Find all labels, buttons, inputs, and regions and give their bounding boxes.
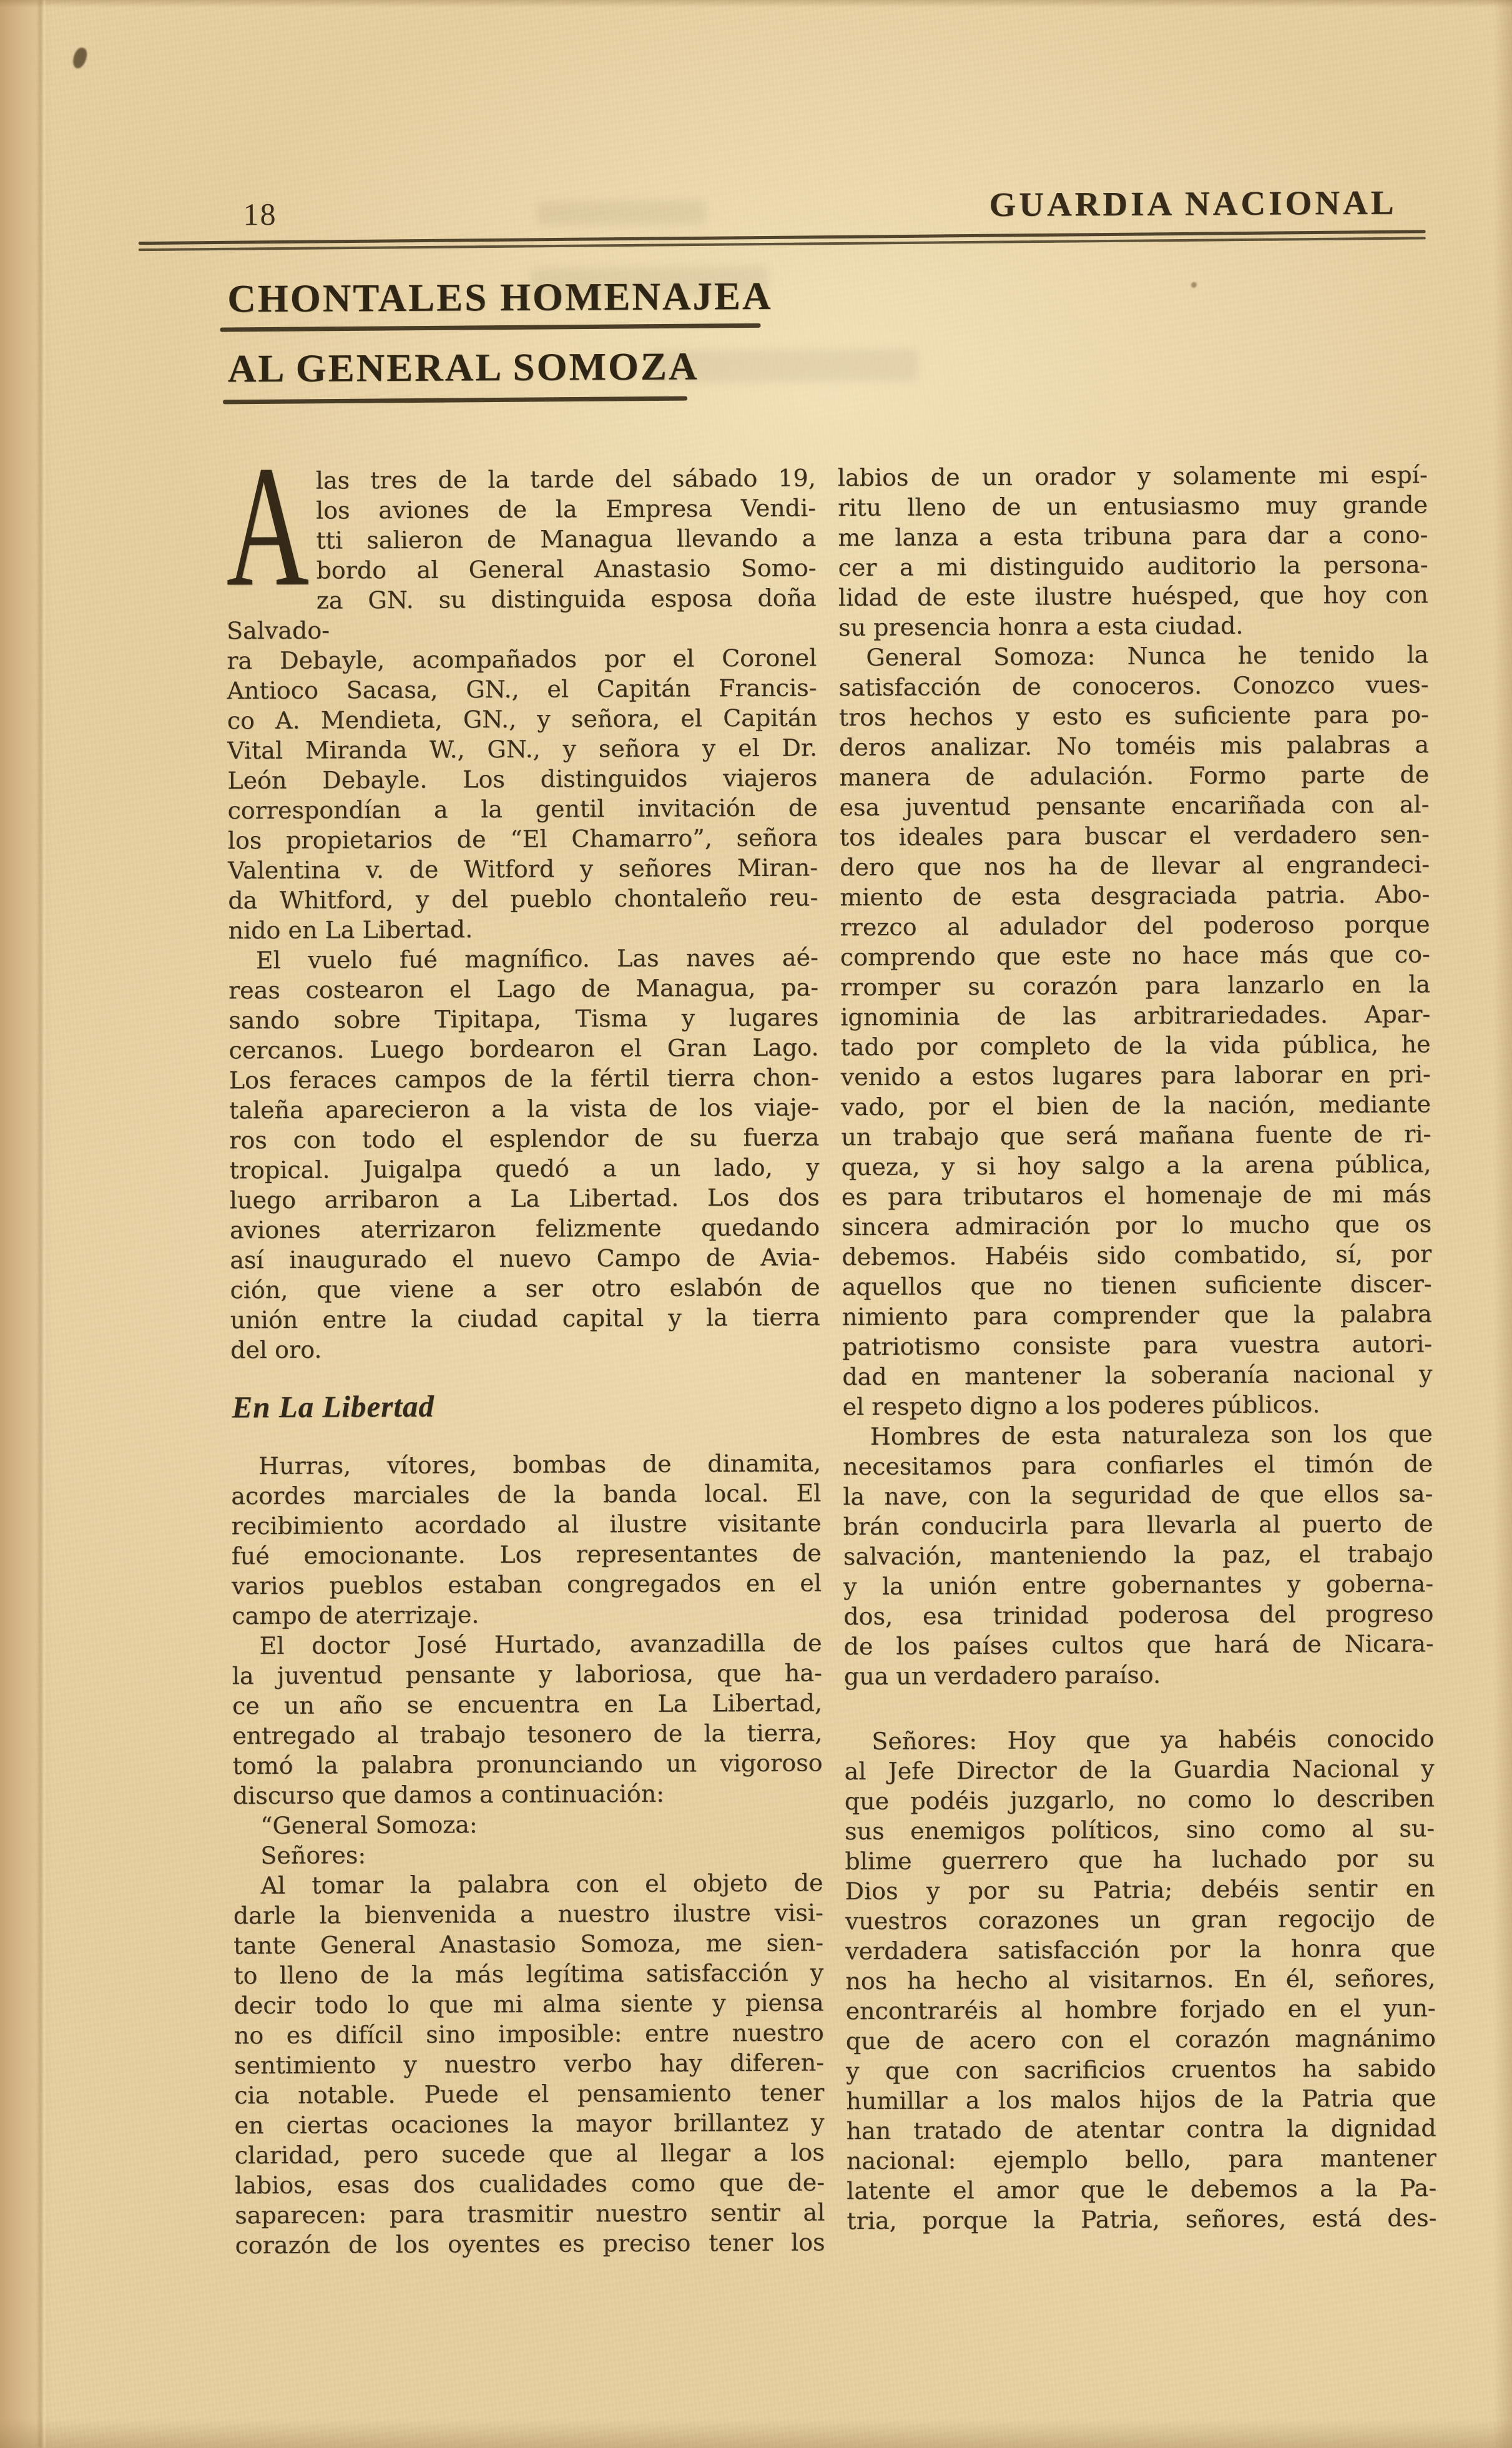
text-line: to lleno de la más legítima satisfacción… — [233, 1957, 823, 1990]
text-line: y que con sacrificios cruentos ha sabido — [846, 2053, 1436, 2086]
text-line: decir todo lo que mi alma siente y piens… — [233, 1987, 823, 2020]
text-line: nido en La Libertad. — [228, 912, 818, 945]
text-line: venido a estos lugares para laborar en p… — [841, 1059, 1431, 1092]
text-line: ce un año se encuentra en La Libertad, — [232, 1688, 822, 1721]
text-line: Dios y por su Patria; debéis sentir en — [845, 1873, 1435, 1906]
text-line: vado, por el bien de la nación, mediante — [841, 1089, 1431, 1122]
paragraph: Alas tres de la tarde del sábado 19,los … — [226, 463, 818, 945]
text-line: Hurras, vítores, bombas de dinamita, — [231, 1448, 821, 1481]
text-line: en ciertas ocaciones la mayor brillantez… — [234, 2107, 824, 2140]
text-line: discurso que damos a continuación: — [233, 1777, 823, 1811]
text-line: del oro. — [230, 1332, 820, 1365]
text-line: tros hechos y esto es suficiente para po… — [839, 699, 1429, 732]
text-line: deros analizar. No toméis mis palabras a — [839, 729, 1429, 762]
header-rule — [139, 230, 1426, 251]
text-line: claridad, pero sucede que al llegar a lo… — [235, 2137, 825, 2170]
text-line: aquellos que no tienen suficiente discer… — [842, 1269, 1431, 1302]
text-line: al Jefe Director de la Guardia Nacional … — [844, 1753, 1434, 1786]
header-rule-bottom-line — [139, 237, 1426, 251]
text-line: esa juventud pensante encariñada con al- — [839, 789, 1429, 822]
text-line: ros con todo el esplendor de su fuerza — [229, 1122, 819, 1155]
paragraph: General Somoza: Nunca he tenido lasatisf… — [838, 639, 1433, 1422]
text-line: la juventud pensante y laboriosa, que ha… — [232, 1658, 822, 1691]
paragraph: “General Somoza: — [233, 1807, 823, 1841]
text-line: cer a mi distinguido auditorio la person… — [838, 549, 1428, 583]
text-line: dad en mantener la soberanía nacional y — [842, 1359, 1432, 1392]
text-line: rrezco al adulador del poderoso porque — [840, 909, 1430, 942]
article-title: CHONTALES HOMENAJEA AL GENERAL SOMOZA — [227, 273, 773, 404]
text-line: dos, esa trinidad poderosa del progreso — [843, 1598, 1433, 1631]
paragraph: El doctor José Hurtado, avanzadilla dela… — [232, 1628, 822, 1811]
text-line: debemos. Habéis sido combatido, sí, por — [842, 1239, 1431, 1272]
text-line: fué emocionante. Los representantes de — [232, 1538, 822, 1571]
journal-name: GUARDIA NACIONAL — [989, 183, 1397, 224]
text-line: unión entre la ciudad capital y la tierr… — [230, 1302, 820, 1335]
text-line: un trabajo que será mañana fuente de ri- — [841, 1119, 1431, 1152]
text-line: saparecen: para trasmitir nuestro sentir… — [235, 2197, 825, 2230]
text-line: blime guerrero que ha luchado por su — [845, 1843, 1435, 1876]
text-line: luego arribaron a La Libertad. Los dos — [230, 1182, 820, 1215]
text-line: nimiento para comprender que la palabra — [842, 1299, 1432, 1332]
text-line: los aviones de la Empresa Vendi- — [226, 493, 816, 526]
text-line: Hombres de esta naturaleza son los que — [843, 1418, 1433, 1452]
text-line: Vital Miranda W., GN., y señora y el Dr. — [227, 732, 817, 765]
text-line: comprendo que este no hace más que co- — [840, 939, 1430, 972]
page-number: 18 — [243, 196, 277, 232]
text-line: no es difícil sino imposible: entre nues… — [234, 2017, 824, 2050]
text-line: Los feraces campos de la fértil tierra c… — [229, 1062, 819, 1095]
title-underline-2 — [223, 396, 687, 405]
text-line: tti salieron de Managua llevando a — [226, 523, 816, 556]
text-line: labios, esas dos cualidades como que de- — [235, 2167, 825, 2200]
text-line: miento de esta desgraciada patria. Abo- — [840, 879, 1430, 912]
text-line: encontraréis al hombre forjado en el yun… — [845, 1993, 1435, 2026]
text-line: co A. Mendieta, GN., y señora, el Capitá… — [227, 702, 817, 735]
paragraph: Al tomar la palabra con el objeto dedarl… — [233, 1867, 825, 2260]
text-line: da Whitford, y del pueblo chontaleño reu… — [228, 882, 818, 915]
text-line: za GN. su distinguida esposa doña Salvad… — [227, 583, 817, 646]
paragraph: labios de un orador y solamente mi espí-… — [838, 460, 1428, 642]
text-line: tria, porque la Patria, señores, está de… — [847, 2203, 1436, 2236]
text-column-left: Alas tres de la tarde del sábado 19,los … — [226, 463, 825, 2260]
text-line: entregado al trabajo tesonero de la tier… — [232, 1718, 822, 1751]
text-line: Señores: — [233, 1837, 823, 1870]
text-line: campo de aterrizaje. — [232, 1598, 822, 1631]
text-line: ignominia de las arbitrariedades. Apar- — [840, 999, 1430, 1032]
text-line: de los países cultos que hará de Nicara- — [843, 1628, 1433, 1661]
text-line: rromper su corazón para lanzarlo en la — [840, 969, 1430, 1002]
text-line: humillar a los malos hijos de la Patria … — [846, 2083, 1436, 2116]
text-line: vuestros corazones un gran regocijo de — [845, 1903, 1435, 1936]
text-line: necesitamos para confiarles el timón de — [843, 1448, 1433, 1482]
text-line: Al tomar la palabra con el objeto de — [233, 1867, 823, 1900]
text-line: aviones aterrizaron felizmente quedando — [230, 1212, 820, 1245]
text-line: su presencia honra a esta ciudad. — [838, 609, 1428, 642]
text-line: ra Debayle, acompañados por el Coronel — [227, 642, 817, 676]
text-line: labios de un orador y solamente mi espí- — [838, 460, 1428, 493]
text-line: lidad de este ilustre huésped, que hoy c… — [838, 579, 1428, 612]
text-line: salvación, manteniendo la paz, el trabaj… — [843, 1538, 1433, 1571]
text-line: han tratado de atentar contra la dignida… — [846, 2113, 1436, 2146]
paragraph: Señores: — [233, 1837, 823, 1870]
text-line: tomó la palabra pronunciando un vigoroso — [232, 1748, 822, 1781]
text-line: sando sobre Tipitapa, Tisma y lugares — [228, 1002, 818, 1035]
text-line: patriotismo consiste para vuestra autori… — [842, 1329, 1432, 1362]
text-line: sus enemigos políticos, sino como al su- — [845, 1813, 1435, 1846]
text-line: taleña aparecieron a la vista de los via… — [229, 1092, 819, 1125]
text-line: bordo al General Anastasio Somo- — [226, 553, 816, 586]
page-content: 18 GUARDIA NACIONAL CHONTALES HOMENAJEA … — [0, 0, 1512, 2448]
text-line: el respeto digno a los poderes públicos. — [842, 1389, 1432, 1422]
article-title-line-1: CHONTALES HOMENAJEA — [227, 273, 773, 322]
text-line: “General Somoza: — [233, 1807, 823, 1841]
paragraph: Hurras, vítores, bombas de dinamita,acor… — [231, 1448, 822, 1631]
text-line: gua un verdadero paraíso. — [844, 1658, 1434, 1691]
text-line: Señores: Hoy que ya habéis conocido — [844, 1723, 1434, 1756]
text-line: acordes marciales de la banda local. El — [231, 1478, 821, 1511]
text-line: cercanos. Luego bordearon el Gran Lago. — [228, 1032, 818, 1065]
text-line: darle la bienvenida a nuestro ilustre vi… — [233, 1897, 823, 1930]
text-column-right: labios de un orador y solamente mi espí-… — [838, 460, 1437, 2236]
text-line: manera de adulación. Formo parte de — [839, 759, 1429, 792]
text-line: El doctor José Hurtado, avanzadilla de — [232, 1628, 822, 1661]
text-line: Antioco Sacasa, GN., el Capitán Francis- — [227, 672, 817, 705]
text-line: tante General Anastasio Somoza, me sien- — [233, 1927, 823, 1960]
text-line: verdadera satisfacción por la honra que — [845, 1933, 1435, 1966]
text-line: es para tributaros el homenaje de mi más — [842, 1179, 1431, 1212]
section-subheading: En La Libertad — [232, 1389, 820, 1422]
text-line: tos ideales para buscar el verdadero sen… — [840, 819, 1430, 852]
text-line: León Debayle. Los distinguidos viajeros — [227, 762, 817, 795]
text-line: correspondían a la gentil invitación de — [227, 792, 817, 825]
text-line: corazón de los oyentes es preciso tener … — [235, 2227, 825, 2260]
text-line: ritu lleno de un entusiasmo muy grande — [838, 489, 1428, 523]
text-line: la nave, con la seguridad de que ellos s… — [843, 1478, 1433, 1512]
text-line: que podéis juzgarlo, no como lo describe… — [845, 1783, 1435, 1816]
paragraph: El vuelo fué magnífico. Las naves aé-rea… — [228, 942, 821, 1365]
text-line: brán conducirla para llevarla al puerto … — [843, 1508, 1433, 1541]
text-line: sincera admiración por lo mucho que os — [842, 1209, 1431, 1242]
drop-cap: A — [226, 468, 279, 588]
text-line: sentimiento y nuestro verbo hay diferen- — [234, 2047, 824, 2080]
text-line: reas costearon el Lago de Managua, pa- — [228, 972, 818, 1005]
text-line: General Somoza: Nunca he tenido la — [838, 639, 1428, 672]
text-line: recibimiento acordado al ilustre visitan… — [231, 1508, 821, 1541]
text-line: así inaugurado el nuevo Campo de Avia- — [230, 1242, 820, 1275]
text-line: nos ha hecho al visitarnos. En él, señor… — [845, 1963, 1435, 1996]
title-underline-1 — [220, 323, 760, 332]
paragraph: Señores: Hoy que ya habéis conocidoal Je… — [844, 1723, 1436, 2236]
text-line: queza, y si hoy salgo a la arena pública… — [841, 1149, 1431, 1182]
text-line: dero que nos ha de llevar al engrandeci- — [840, 849, 1430, 882]
scanned-magazine-page: { "colors": { "paper": "#e6cfa0", "ink":… — [0, 0, 1512, 2448]
text-line: cia notable. Puede el pensamiento tener — [234, 2077, 824, 2110]
text-line: ción, que viene a ser otro eslabón de — [230, 1272, 820, 1305]
text-line: nacional: ejemplo bello, para mantener — [847, 2143, 1436, 2176]
text-line: me lanza a esta tribuna para dar a cono- — [838, 519, 1428, 553]
text-line: El vuelo fué magnífico. Las naves aé- — [228, 942, 818, 975]
text-line: satisfacción de conoceros. Conozco vues- — [838, 669, 1428, 702]
text-line: Valentina v. de Witford y señores Miran- — [228, 852, 818, 885]
text-line: las tres de la tarde del sábado 19, — [226, 463, 816, 496]
article-title-line-2: AL GENERAL SOMOZA — [228, 343, 773, 392]
text-line: y la unión entre gobernantes y goberna- — [843, 1568, 1433, 1601]
paragraph: Hombres de esta naturaleza son los quene… — [843, 1418, 1434, 1691]
text-line: tado por completo de la vida pública, he — [840, 1029, 1430, 1062]
text-line: latente el amor que le debemos a la Pa- — [847, 2173, 1436, 2206]
text-line: que de acero con el corazón magnánimo — [846, 2023, 1436, 2056]
text-line: varios pueblos estaban congregados en el — [232, 1568, 822, 1601]
text-line: tropical. Juigalpa quedó a un lado, y — [229, 1152, 819, 1185]
text-line: los propietarios de “El Chamarro”, señor… — [228, 822, 818, 855]
